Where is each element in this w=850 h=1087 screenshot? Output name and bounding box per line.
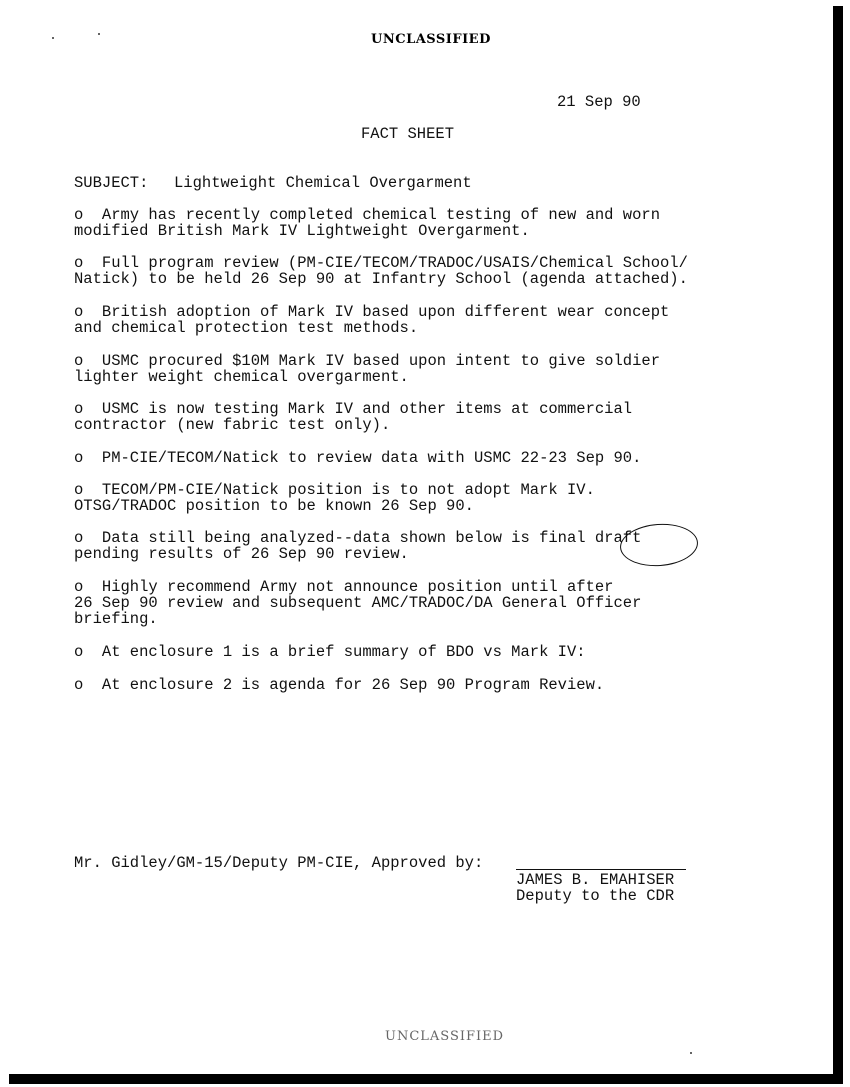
scan-speck [98,33,100,35]
scan-speck [52,37,54,39]
scan-border-bottom [9,1074,843,1084]
classification-footer: UNCLASSIFIED [385,1029,504,1044]
document-date: 21 Sep 90 [557,93,641,111]
scan-border-right [833,6,843,1084]
bullet-item: o British adoption of Mark IV based upon… [74,304,754,336]
bullet-item: o Army has recently completed chemical t… [74,207,754,239]
subject-label: SUBJECT: [74,174,148,192]
bullet-item: o Full program review (PM-CIE/TECOM/TRAD… [74,255,754,287]
document-title: FACT SHEET [361,125,454,143]
signer-title: Deputy to the CDR [516,887,674,905]
bullet-item: o PM-CIE/TECOM/Natick to review data wit… [74,450,754,466]
bullet-item: o USMC procured $10M Mark IV based upon … [74,353,754,385]
scan-speck [690,1052,692,1054]
bullet-item: o Highly recommend Army not announce pos… [74,579,754,627]
bullet-item: o At enclosure 2 is agenda for 26 Sep 90… [74,677,754,693]
bullet-item: o USMC is now testing Mark IV and other … [74,401,754,433]
bullet-item: o TECOM/PM-CIE/Natick position is to not… [74,482,754,514]
subject-text: Lightweight Chemical Overgarment [174,174,472,192]
signature-line [516,869,686,870]
bullet-item: o At enclosure 1 is a brief summary of B… [74,644,754,660]
classification-header: UNCLASSIFIED [371,32,491,47]
prepared-by: Mr. Gidley/GM-15/Deputy PM-CIE, Approved… [74,854,483,872]
